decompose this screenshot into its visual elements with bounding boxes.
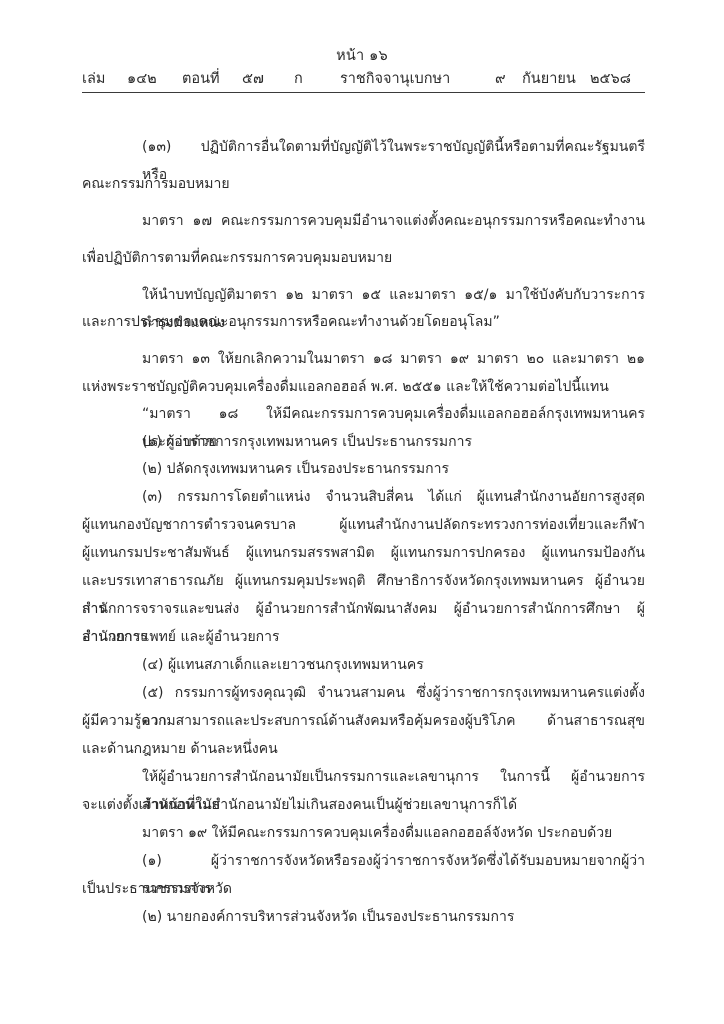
text-line: ให้นำบทบัญญัติมาตรา ๑๒ มาตรา ๑๕ และมาตรา… xyxy=(82,281,645,309)
issue-label: ตอนที่ xyxy=(182,68,220,90)
text-line: แห่งพระราชบัญญัติควบคุมเครื่องดื่มแอลกอฮ… xyxy=(82,373,645,401)
text-line: และบรรเทาสาธารณภัย ผู้แทนกรมคุมประพฤติ ศ… xyxy=(82,567,645,595)
text-line: เพื่อปฏิบัติการตามที่คณะกรรมการควบคุมมอบ… xyxy=(82,244,645,272)
text-line: ให้ผู้อำนวยการสำนักอนามัยเป็นกรรมการและเ… xyxy=(82,763,645,791)
text-line: สำนักการจราจรและขนส่ง ผู้อำนวยการสำนักพั… xyxy=(82,595,645,623)
text-line: และการประชุมของคณะอนุกรรมการหรือคณะทำงาน… xyxy=(82,308,645,336)
text-line: มาตรา ๑๓ ให้ยกเลิกความในมาตรา ๑๘ มาตรา ๑… xyxy=(82,345,645,373)
text-line: (๑) ผู้ว่าราชการจังหวัดหรือรองผู้ว่าราชก… xyxy=(82,847,645,875)
section-letter: ก xyxy=(294,68,303,90)
date-day: ๙ xyxy=(495,68,506,90)
date-month: กันยายน xyxy=(522,68,576,90)
text-line: สำนักการแพทย์ และผู้อำนวยการ xyxy=(82,623,645,651)
text-line: ผู้มีความรู้ความสามารถและประสบการณ์ด้านส… xyxy=(82,707,645,735)
text-line: คณะกรรมการมอบหมาย xyxy=(82,170,645,198)
text-line: และด้านกฎหมาย ด้านละหนึ่งคน xyxy=(82,735,645,763)
text-line: (๑) ผู้ว่าราชการกรุงเทพมหานคร เป็นประธาน… xyxy=(82,428,645,456)
text-line: จะแต่งตั้งเจ้าหน้าที่ในสำนักอนามัยไม่เกิ… xyxy=(82,791,645,819)
gazette-page: หน้า ๑๖ เล่ม ๑๔๒ ตอนที่ ๕๗ ก ราชกิจจานุเ… xyxy=(0,0,724,1024)
text-line: (๒) ปลัดกรุงเทพมหานคร เป็นรองประธานกรรมก… xyxy=(82,455,645,483)
text-line: ผู้แทนกรมประชาสัมพันธ์ ผู้แทนกรมสรรพสามิ… xyxy=(82,539,645,567)
text-line: “มาตรา ๑๘ ให้มีคณะกรรมการควบคุมเครื่องดื… xyxy=(82,400,645,428)
gazette-header: เล่ม ๑๔๒ ตอนที่ ๕๗ ก ราชกิจจานุเบกษา ๙ ก… xyxy=(82,68,645,93)
date-year: ๒๕๖๘ xyxy=(590,68,631,90)
text-line: มาตรา ๑๗ คณะกรรมการควบคุมมีอำนาจแต่งตั้ง… xyxy=(82,207,645,235)
volume-number: ๑๔๒ xyxy=(127,68,157,90)
issue-number: ๕๗ xyxy=(242,68,264,90)
volume-label: เล่ม xyxy=(82,68,105,90)
text-line: มาตรา ๑๙ ให้มีคณะกรรมการควบคุมเครื่องดื่… xyxy=(82,819,645,847)
text-line: (๓) กรรมการโดยตำแหน่ง จำนวนสิบสี่คน ได้แ… xyxy=(82,483,645,511)
text-line: (๒) นายกองค์การบริหารส่วนจังหวัด เป็นรอง… xyxy=(82,903,645,931)
text-line: เป็นประธานกรรมการ xyxy=(82,875,645,903)
text-line: (๔) ผู้แทนสภาเด็กและเยาวชนกรุงเทพมหานคร xyxy=(82,651,645,679)
publication-title: ราชกิจจานุเบกษา xyxy=(340,68,450,90)
page-number: หน้า ๑๖ xyxy=(0,46,724,66)
text-line: (๕) กรรมการผู้ทรงคุณวุฒิ จำนวนสามคน ซึ่ง… xyxy=(82,679,645,707)
text-line: ผู้แทนกองบัญชาการตำรวจนครบาล ผู้แทนสำนัก… xyxy=(82,511,645,539)
text-line: (๑๓) ปฏิบัติการอื่นใดตามที่บัญญัติไว้ในพ… xyxy=(82,133,645,161)
